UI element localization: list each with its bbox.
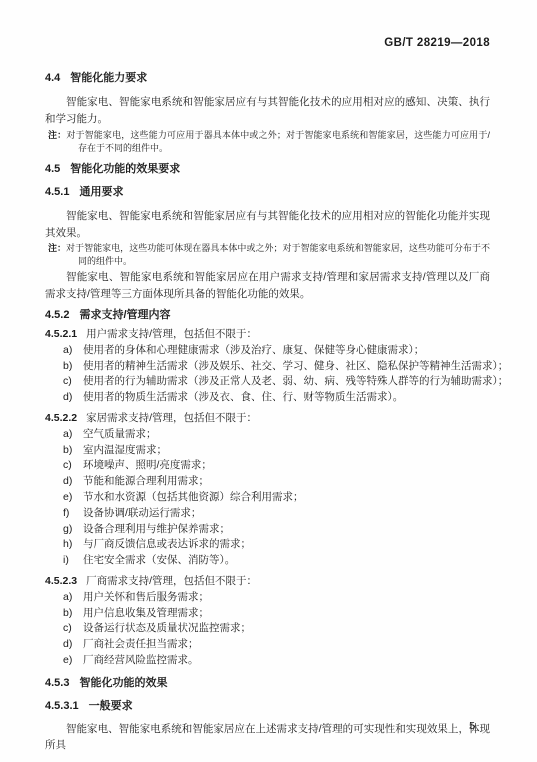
list-item: b)室内温湿度需求； — [45, 443, 490, 459]
clause-4-5-2-2: 4.5.2.2家居需求支持/管理，包括但不限于： — [45, 411, 490, 427]
list-item: a)使用者的身体和心理健康需求（涉及治疗、康复、保健等身心健康需求）； — [45, 343, 490, 359]
section-heading-4-5-3-1: 4.5.3.1一般要求 — [45, 699, 490, 713]
section-heading-4-5-1: 4.5.1通用要求 — [45, 185, 490, 199]
heading-number: 4.5.2 — [45, 308, 69, 322]
item-text: 环境噪声、照明/亮度需求； — [83, 459, 212, 471]
item-text: 设备协调/联动运行需求； — [83, 507, 201, 519]
list-item: e)节水和水资源（包括其他资源）综合利用需求； — [45, 490, 490, 506]
heading-title: 一般要求 — [89, 700, 133, 712]
item-marker: d) — [63, 637, 83, 653]
page-content: GB/T 28219—2018 4.4智能化能力要求 智能家电、智能家电系统和智… — [0, 0, 537, 754]
list-item: i)住宅安全需求（安保、消防等）。 — [45, 553, 490, 569]
note-label: 注： — [48, 130, 66, 140]
item-marker: h) — [63, 537, 83, 553]
list-item: b)用户信息收集及管理需求； — [45, 606, 490, 622]
clause-4-5-2-3: 4.5.2.3厂商需求支持/管理，包括但不限于： — [45, 574, 490, 590]
item-text: 使用者的行为辅助需求（涉及正常人及老、弱、幼、病、残等特殊人群等的行为辅助需求）… — [83, 375, 508, 387]
section-heading-4-5-2: 4.5.2需求支持/管理内容 — [45, 308, 490, 322]
heading-number: 4.4 — [45, 71, 60, 85]
note-text: 对于智能家电，这些能力可应用于器具本体中或之外；对于智能家电系统和智能家居，这些… — [66, 130, 490, 153]
clause-number: 4.5.2.2 — [45, 412, 77, 424]
clause-lead-text: 家居需求支持/管理，包括但不限于： — [86, 412, 257, 424]
list-item: c)使用者的行为辅助需求（涉及正常人及老、弱、幼、病、残等特殊人群等的行为辅助需… — [45, 374, 490, 390]
heading-title: 通用要求 — [79, 186, 123, 198]
page-number: 5 — [469, 720, 475, 732]
item-marker: f) — [63, 506, 83, 522]
item-marker: g) — [63, 522, 83, 538]
paragraph-4-5-3-1: 智能家电、智能家电系统和智能家居应在上述需求支持/管理的可实现性和实现效果上，体… — [45, 721, 490, 754]
item-marker: b) — [63, 359, 83, 375]
list-item: d)使用者的物质生活需求（涉及衣、食、住、行、财等物质生活需求）。 — [45, 390, 490, 406]
item-text: 设备运行状态及质量状况监控需求； — [83, 622, 251, 634]
list-item: d)节能和能源合理利用需求； — [45, 474, 490, 490]
item-text: 使用者的身体和心理健康需求（涉及治疗、康复、保健等身心健康需求）； — [83, 344, 424, 356]
item-text: 室内温湿度需求； — [83, 444, 167, 456]
list-item: c)环境噪声、照明/亮度需求； — [45, 458, 490, 474]
item-marker: a) — [63, 343, 83, 359]
list-item: f)设备协调/联动运行需求； — [45, 506, 490, 522]
heading-title: 需求支持/管理内容 — [79, 309, 170, 321]
item-marker: c) — [63, 458, 83, 474]
note-4-4: 注：对于智能家电，这些能力可应用于器具本体中或之外；对于智能家电系统和智能家居，… — [45, 129, 490, 155]
list-item: g)设备合理利用与维护保养需求； — [45, 522, 490, 538]
item-marker: e) — [63, 653, 83, 669]
item-text: 用户关怀和售后服务需求； — [83, 591, 209, 603]
list-item: a)用户关怀和售后服务需求； — [45, 590, 490, 606]
heading-title: 智能化能力要求 — [70, 72, 147, 84]
item-text: 使用者的精神生活需求（涉及娱乐、社交、学习、健身、社区、隐私保护等精神生活需求）… — [83, 360, 508, 372]
item-text: 空气质量需求； — [83, 428, 157, 440]
item-text: 厂商经营风险监控需求。 — [83, 654, 199, 666]
note-text: 对于智能家电，这些功能可体现在器具本体中或之外；对于智能家电系统和智能家居，这些… — [66, 243, 490, 266]
list-item: d)厂商社会责任担当需求； — [45, 637, 490, 653]
heading-number: 4.5.1 — [45, 185, 69, 199]
list-item: b)使用者的精神生活需求（涉及娱乐、社交、学习、健身、社区、隐私保护等精神生活需… — [45, 359, 490, 375]
heading-title: 智能化功能的效果要求 — [70, 163, 180, 175]
heading-number: 4.5.3.1 — [45, 699, 79, 713]
list-item: a)空气质量需求； — [45, 427, 490, 443]
item-text: 住宅安全需求（安保、消防等）。 — [83, 554, 235, 566]
item-marker: i) — [63, 553, 83, 569]
section-heading-4-5-3: 4.5.3智能化功能的效果 — [45, 676, 490, 690]
item-text: 用户信息收集及管理需求； — [83, 607, 209, 619]
clause-lead-text: 用户需求支持/管理，包括但不限于： — [86, 328, 257, 340]
section-heading-4-4: 4.4智能化能力要求 — [45, 71, 490, 85]
item-text: 节水和水资源（包括其他资源）综合利用需求； — [83, 491, 304, 503]
item-marker: d) — [63, 474, 83, 490]
note-label: 注： — [48, 243, 66, 253]
item-text: 设备合理利用与维护保养需求； — [83, 523, 230, 535]
list-item: e)厂商经营风险监控需求。 — [45, 653, 490, 669]
paragraph-4-5-1-a: 智能家电、智能家电系统和智能家居应有与其智能化技术的应用相对应的智能化功能并实现… — [45, 208, 490, 241]
heading-title: 智能化功能的效果 — [79, 677, 167, 689]
paragraph-4-5-1-b: 智能家电、智能家电系统和智能家居应在用户需求支持/管理和家居需求支持/管理以及厂… — [45, 269, 490, 302]
list-item: h)与厂商反馈信息或表达诉求的需求； — [45, 537, 490, 553]
item-marker: c) — [63, 621, 83, 637]
item-marker: a) — [63, 590, 83, 606]
item-marker: a) — [63, 427, 83, 443]
item-marker: b) — [63, 443, 83, 459]
section-heading-4-5: 4.5智能化功能的效果要求 — [45, 162, 490, 176]
standard-number: GB/T 28219—2018 — [45, 36, 490, 50]
list-item: c)设备运行状态及质量状况监控需求； — [45, 621, 490, 637]
heading-number: 4.5.3 — [45, 676, 69, 690]
item-text: 节能和能源合理利用需求； — [83, 475, 209, 487]
paragraph-4-4: 智能家电、智能家电系统和智能家居应有与其智能化技术的应用相对应的感知、决策、执行… — [45, 94, 490, 127]
item-marker: c) — [63, 374, 83, 390]
clause-4-5-2-1: 4.5.2.1用户需求支持/管理，包括但不限于： — [45, 327, 490, 343]
item-marker: d) — [63, 390, 83, 406]
clause-number: 4.5.2.3 — [45, 575, 77, 587]
item-text: 厂商社会责任担当需求； — [83, 638, 199, 650]
item-marker: b) — [63, 606, 83, 622]
clause-lead-text: 厂商需求支持/管理，包括但不限于： — [86, 575, 257, 587]
note-4-5-1: 注：对于智能家电，这些功能可体现在器具本体中或之外；对于智能家电系统和智能家居，… — [45, 242, 490, 268]
document-page: GB/T 28219—2018 4.4智能化能力要求 智能家电、智能家电系统和智… — [0, 0, 537, 762]
clause-number: 4.5.2.1 — [45, 328, 77, 340]
item-text: 与厂商反馈信息或表达诉求的需求； — [83, 538, 251, 550]
item-marker: e) — [63, 490, 83, 506]
heading-number: 4.5 — [45, 162, 60, 176]
item-text: 使用者的物质生活需求（涉及衣、食、住、行、财等物质生活需求）。 — [83, 391, 403, 403]
